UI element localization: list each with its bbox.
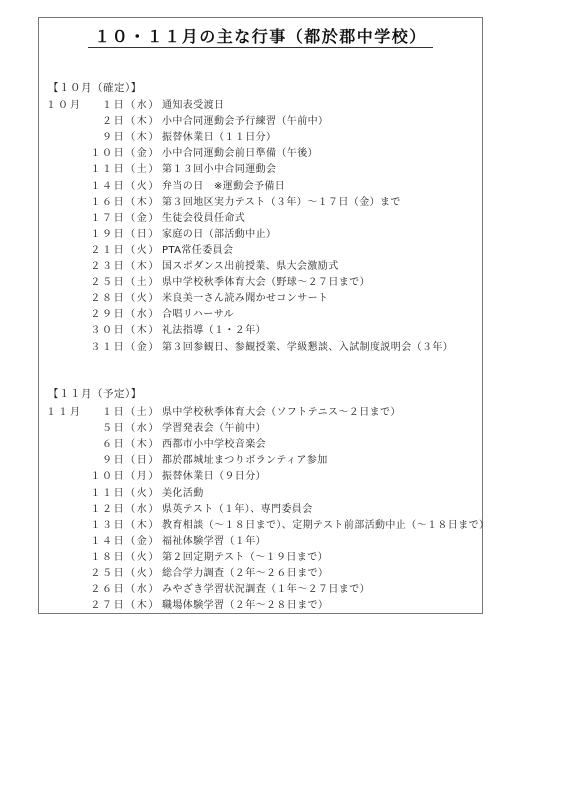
event-description: 家庭の日（部活動中止）	[162, 225, 276, 240]
event-date: １１日（火）	[90, 484, 160, 499]
event-date: １９日（日）	[90, 225, 160, 240]
event-date: １１日（土）	[90, 160, 160, 175]
event-date: １０日（金）	[90, 144, 160, 159]
event-description: 小中合同運動会予行練習（午前中）	[162, 112, 328, 127]
event-description: 弁当の日 ※運動会予備日	[162, 177, 285, 192]
event-description: 教育相談（～１８日まで）、定期テスト前部活動中止（～１８日まで）	[162, 516, 489, 531]
event-description: 都於郡城址まつりボランティア参加	[162, 451, 328, 466]
event-description: 県中学校秋季体育大会（野球～２７日まで）	[162, 273, 370, 288]
event-description: 総合学力調査（２年～２６日まで）	[162, 564, 328, 579]
event-description: 福祉体験学習（１年）	[162, 532, 266, 547]
event-date: １６日（木）	[90, 193, 160, 208]
event-date: ２６日（水）	[90, 580, 160, 595]
event-date: １８日（火）	[90, 548, 160, 563]
event-date: ９日（日）	[102, 451, 160, 466]
event-description: 学習発表会（午前中）	[162, 419, 266, 434]
month-label: １１月	[46, 403, 76, 418]
event-date: １日（土）	[102, 403, 160, 418]
event-description: 職場体験学習（２年～２８日まで）	[162, 596, 328, 611]
event-date: １０日（月）	[90, 467, 160, 482]
event-date: ２５日（火）	[90, 564, 160, 579]
event-description: みやざき学習状況調査（１年～２７日まで）	[162, 580, 370, 595]
event-date: ２９日（水）	[90, 305, 160, 320]
event-description: 県英テスト（１年）、専門委員会	[162, 500, 313, 515]
event-date: ２８日（火）	[90, 289, 160, 304]
event-description: 第３回参観日、参観授業、学級懇談、入試制度説明会（３年）	[162, 338, 453, 353]
event-date: ９日（木）	[102, 128, 160, 143]
event-description: 第２回定期テスト（～１９日まで）	[162, 548, 328, 563]
event-date: １４日（火）	[90, 177, 160, 192]
event-date: ２５日（土）	[90, 273, 160, 288]
event-description: 第１３回小中合同運動会	[162, 160, 276, 175]
event-date: ２日（木）	[102, 112, 160, 127]
event-date: ５日（水）	[102, 419, 160, 434]
schedule-frame: １０・１１月の主な行事（都於郡中学校） 【１０月（確定）】 １０月 １日（水） …	[38, 17, 483, 614]
event-date: １４日（金）	[90, 532, 160, 547]
event-description: 生徒会役員任命式	[162, 209, 245, 224]
november-section-header: 【１１月（予定）】	[48, 386, 142, 401]
event-description: 美化活動	[162, 484, 204, 499]
page-title-text: １０・１１月の主な行事（都於郡中学校）	[88, 27, 433, 48]
event-description: 米良美一さん読み聞かせコンサート	[162, 289, 328, 304]
month-label: １０月	[46, 96, 76, 111]
event-date: １２日（水）	[90, 500, 160, 515]
event-description: 振替休業日（１１日分）	[162, 128, 276, 143]
event-description: 県中学校秋季体育大会（ソフトテニス～２日まで）	[162, 403, 401, 418]
event-date: ３０日（木）	[90, 321, 160, 336]
event-description: 第３回地区実力テスト（３年）～１７日（金）まで	[162, 193, 401, 208]
event-description: 国スポダンス出前授業、県大会激励式	[162, 257, 339, 272]
event-date: １３日（木）	[90, 516, 160, 531]
event-date: ３１日（金）	[90, 338, 160, 353]
event-description: 振替休業日（９日分）	[162, 467, 266, 482]
page-title: １０・１１月の主な行事（都於郡中学校）	[39, 24, 482, 47]
event-description: 礼法指導（１・２年）	[162, 321, 266, 336]
event-description: 西都市小中学校音楽会	[162, 435, 266, 450]
event-date: ２３日（木）	[90, 257, 160, 272]
event-date: ２７日（木）	[90, 596, 160, 611]
event-date: ２１日（火）	[90, 241, 160, 256]
october-section-header: 【１０月（確定）】	[48, 80, 142, 95]
event-date: １７日（金）	[90, 209, 160, 224]
event-description: PTA常任委員会	[162, 241, 233, 256]
event-description: 小中合同運動会前日準備（午後）	[162, 144, 318, 159]
event-date: １日（水）	[102, 96, 160, 111]
event-description: 合唱リハーサル	[162, 305, 234, 320]
event-description: 通知表受渡日	[162, 96, 224, 111]
event-date: ６日（木）	[102, 435, 160, 450]
